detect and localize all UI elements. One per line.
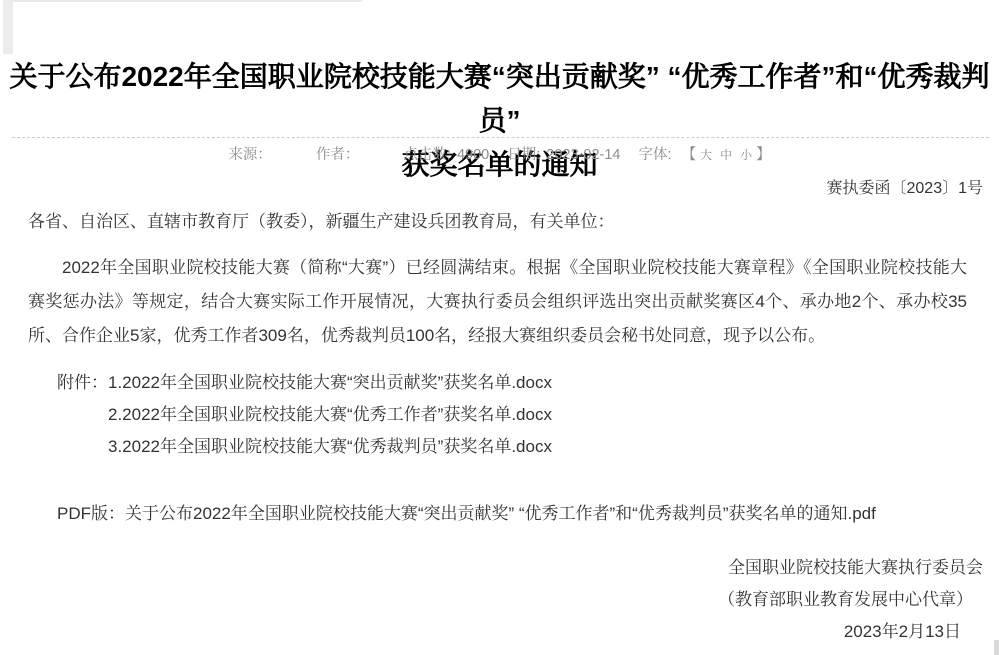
signature-seal-note: （教育部职业教育发展中心代章） bbox=[718, 584, 973, 616]
bracket-close: 】 bbox=[756, 147, 771, 163]
date-label: 日期: bbox=[507, 147, 540, 163]
pdf-version-row: PDF版：关于公布2022年全国职业院校技能大赛“突出贡献奖” “优秀工作者”和… bbox=[57, 499, 967, 524]
font-size-switcher: 【大中小】 bbox=[682, 147, 771, 163]
font-size-large-button[interactable]: 大 bbox=[700, 148, 712, 162]
notice-page: 关于公布2022年全国职业院校技能大赛“突出贡献奖” “优秀工作者”和“优秀裁判… bbox=[0, 0, 999, 655]
attachment-link-1[interactable]: 1.2022年全国职业院校技能大赛“突出贡献奖”获奖名单.docx bbox=[108, 367, 967, 399]
attachment-link-3[interactable]: 3.2022年全国职业院校技能大赛“优秀裁判员”获奖名单.docx bbox=[108, 431, 967, 463]
document-number: 赛执委函〔2023〕1号 bbox=[827, 175, 984, 198]
attachment-link-2[interactable]: 2.2022年全国职业院校技能大赛“优秀工作者”获奖名单.docx bbox=[108, 399, 967, 431]
left-edge-strip bbox=[3, 0, 13, 54]
addressee-line: 各省、自治区、直辖市教育厅（教委），新疆生产建设兵团教育局，有关单位： bbox=[28, 207, 967, 232]
scrollbar-fragment[interactable] bbox=[994, 640, 999, 655]
hits-label: 点击数: bbox=[403, 147, 451, 163]
font-size-small-button[interactable]: 小 bbox=[740, 148, 752, 162]
dotted-divider bbox=[12, 137, 989, 138]
attachments-list: 1.2022年全国职业院校技能大赛“突出贡献奖”获奖名单.docx 2.2022… bbox=[108, 367, 967, 463]
bracket-open: 【 bbox=[682, 147, 697, 163]
top-edge-line bbox=[12, 0, 362, 2]
author-label: 作者： bbox=[316, 147, 360, 163]
attachments-section: 附件： 1.2022年全国职业院校技能大赛“突出贡献奖”获奖名单.docx 2.… bbox=[57, 367, 967, 463]
source-label: 来源： bbox=[228, 147, 272, 163]
pdf-version-label: PDF版： bbox=[57, 504, 125, 523]
meta-bar: 来源： 作者： 点击数:4900 日期:2023-02-14 字体: 【大中小】 bbox=[0, 144, 999, 166]
signature-date: 2023年2月13日 bbox=[718, 616, 961, 648]
hits-value: 4900 bbox=[457, 147, 489, 163]
page-title: 关于公布2022年全国职业院校技能大赛“突出贡献奖” “优秀工作者”和“优秀裁判… bbox=[0, 55, 999, 187]
attachments-label: 附件： bbox=[57, 367, 108, 399]
font-size-medium-button[interactable]: 中 bbox=[720, 148, 732, 162]
date-value: 2023-02-14 bbox=[546, 147, 620, 163]
font-size-label: 字体: bbox=[639, 147, 672, 163]
pdf-version-link[interactable]: 关于公布2022年全国职业院校技能大赛“突出贡献奖” “优秀工作者”和“优秀裁判… bbox=[125, 504, 876, 523]
page-title-line1: 关于公布2022年全国职业院校技能大赛“突出贡献奖” “优秀工作者”和“优秀裁判… bbox=[0, 55, 999, 143]
body-paragraph: 2022年全国职业院校技能大赛（简称“大赛”）已经圆满结束。根据《全国职业院校技… bbox=[28, 251, 967, 353]
signature-organization: 全国职业院校技能大赛执行委员会 bbox=[718, 552, 983, 584]
signature-block: 全国职业院校技能大赛执行委员会 （教育部职业教育发展中心代章） 2023年2月1… bbox=[718, 552, 983, 648]
